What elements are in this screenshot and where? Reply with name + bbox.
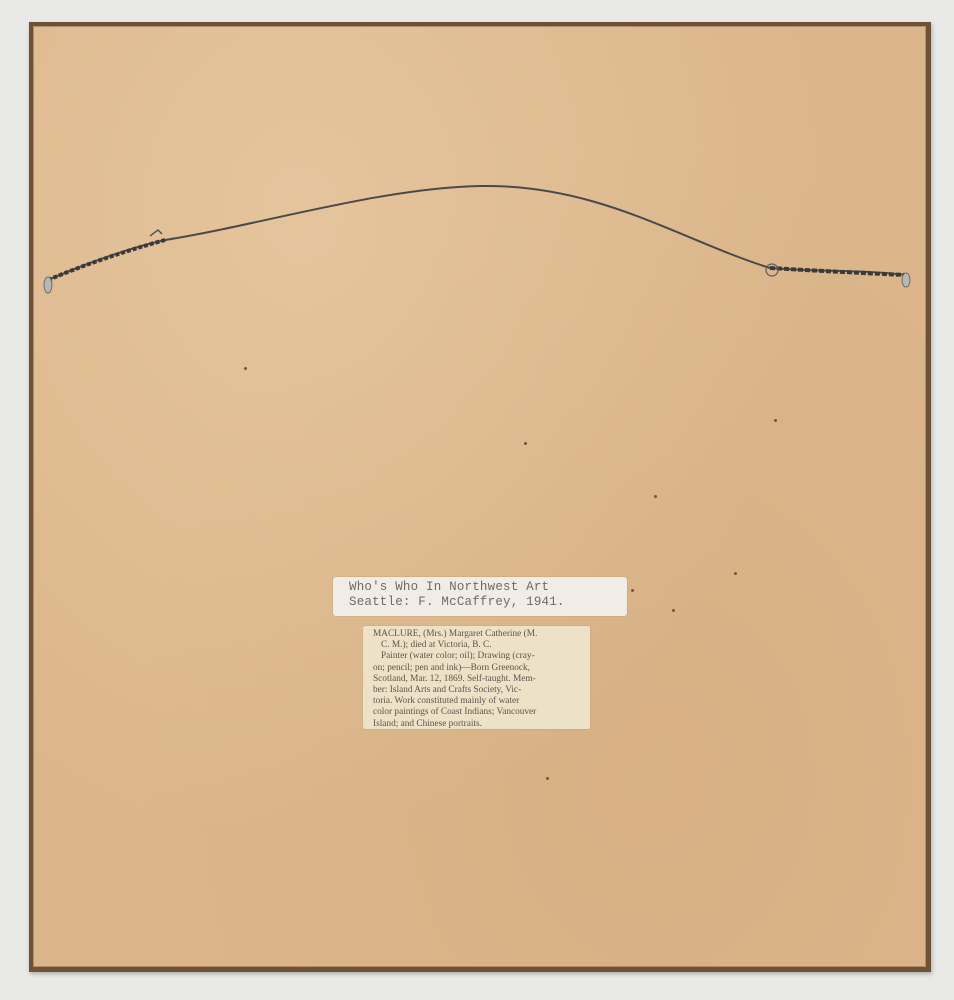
clipping-line: color paintings of Coast Indians; Vancou…: [373, 707, 584, 718]
typed-label-line: Who's Who In Northwest Art: [349, 580, 627, 595]
clipping-line: MACLURE, (Mrs.) Margaret Catherine (M.: [373, 629, 584, 640]
typed-label: Who's Who In Northwest Art Seattle: F. M…: [333, 577, 627, 616]
typed-label-line: Seattle: F. McCaffrey, 1941.: [349, 595, 627, 610]
biography-clipping: MACLURE, (Mrs.) Margaret Catherine (M. C…: [363, 626, 590, 729]
clipping-line: toria. Work constituted mainly of water: [373, 696, 584, 707]
clipping-line: ber: Island Arts and Crafts Society, Vic…: [373, 685, 584, 696]
screw-eye-left: [44, 277, 52, 293]
screw-eye-right: [902, 273, 910, 287]
clipping-line: on; pencil; pen and ink)—Born Greenock,: [373, 663, 584, 674]
hanging-wire: [0, 0, 954, 1000]
clipping-line: Scotland, Mar. 12, 1869. Self-taught. Me…: [373, 674, 584, 685]
clipping-line: Painter (water color; oil); Drawing (cra…: [373, 651, 584, 662]
clipping-line: C. M.); died at Victoria, B. C.: [373, 640, 584, 651]
clipping-line: Island; and Chinese portraits.: [373, 719, 584, 730]
